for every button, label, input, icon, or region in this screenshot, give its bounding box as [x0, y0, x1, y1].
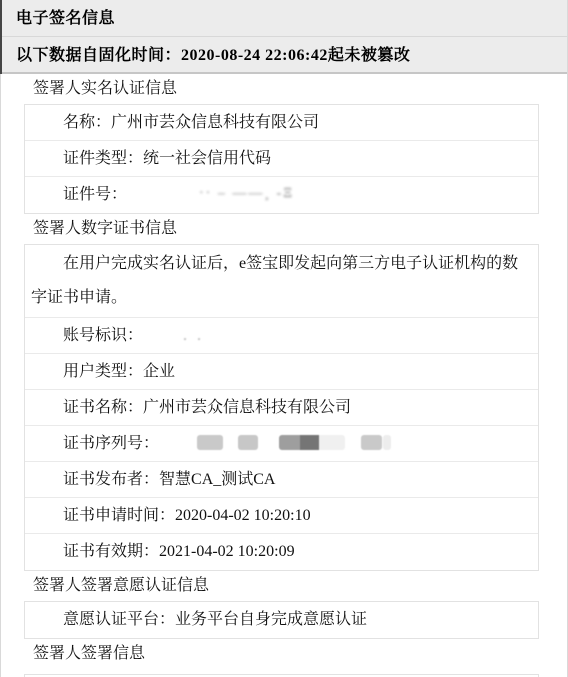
field-label: 证书申请时间： — [63, 507, 175, 524]
field-row-user-type: 用户类型：企业 — [25, 354, 538, 390]
field-row-cert-expiry: 证书有效期：2021-04-02 10:20:09 — [25, 534, 538, 570]
field-label: 意愿认证平台： — [63, 611, 175, 628]
cert-description: 在用户完成实名认证后，e签宝即发起向第三方电子认证机构的数字证书申请。 — [25, 245, 538, 318]
field-value: 广州市芸众信息科技有限公司 — [111, 114, 319, 131]
field-label: 名称： — [63, 114, 111, 131]
section-title-digital-cert: 签署人数字证书信息 — [1, 214, 567, 244]
field-label: 证书发布者： — [63, 471, 159, 488]
redacted-cert-serial — [165, 431, 391, 453]
section-title-will-auth: 签署人签署意愿认证信息 — [1, 571, 567, 601]
field-row-id-type: 证件类型：统一社会信用代码 — [25, 141, 538, 177]
field-value: 2021-04-02 10:20:09 — [159, 543, 295, 560]
field-label: 账号标识： — [63, 327, 143, 344]
field-row-cert-name: 证书名称：广州市芸众信息科技有限公司 — [25, 390, 538, 426]
field-value: 业务平台自身完成意愿认证 — [175, 611, 367, 628]
field-value: 广州市芸众信息科技有限公司 — [143, 399, 351, 416]
field-row-cert-issuer: 证书发布者：智慧CA_测试CA — [25, 462, 538, 498]
document-header: 电子签名信息 以下数据自固化时间：2020-08-24 22:06:42起未被篡… — [0, 0, 567, 74]
field-label: 证件号： — [63, 186, 127, 203]
field-label: 证书名称： — [63, 399, 143, 416]
field-value: 2020-04-02 10:20:10 — [175, 507, 311, 524]
field-row-id-number: 证件号：·· – ——¸ -Ξ — [25, 177, 538, 213]
esign-info-document: 电子签名信息 以下数据自固化时间：2020-08-24 22:06:42起未被篡… — [0, 0, 568, 677]
field-label: 用户类型： — [63, 363, 143, 380]
field-row-name: 名称：广州市芸众信息科技有限公司 — [25, 105, 538, 141]
field-value: 智慧CA_测试CA — [159, 471, 275, 488]
realname-auth-box: 名称：广州市芸众信息科技有限公司 证件类型：统一社会信用代码 证件号：·· – … — [24, 104, 539, 214]
section-title-signing-info: 签署人签署信息 — [1, 639, 567, 669]
field-value: 企业 — [143, 363, 175, 380]
data-fixation-notice: 以下数据自固化时间：2020-08-24 22:06:42起未被篡改 — [2, 37, 567, 74]
field-row-cert-serial: 证书序列号： — [25, 426, 538, 462]
field-row-will-platform: 意愿认证平台：业务平台自身完成意愿认证 — [25, 602, 538, 638]
field-label: 证书有效期： — [63, 543, 159, 560]
field-row-account-id: 账号标识：. . — [25, 318, 538, 354]
redacted-account-id: . . — [151, 325, 204, 347]
redacted-id-number: ·· – ——¸ -Ξ — [167, 183, 294, 205]
page-title: 电子签名信息 — [2, 0, 567, 37]
field-label: 证书序列号： — [63, 435, 159, 452]
section-title-realname-auth: 签署人实名认证信息 — [1, 74, 567, 104]
digital-cert-box: 在用户完成实名认证后，e签宝即发起向第三方电子认证机构的数字证书申请。 账号标识… — [24, 244, 539, 571]
field-value: 统一社会信用代码 — [143, 150, 271, 167]
document-body: 签署人实名认证信息 名称：广州市芸众信息科技有限公司 证件类型：统一社会信用代码… — [0, 74, 567, 677]
field-row-cert-apply-time: 证书申请时间：2020-04-02 10:20:10 — [25, 498, 538, 534]
will-auth-box: 意愿认证平台：业务平台自身完成意愿认证 — [24, 601, 539, 639]
field-label: 证件类型： — [63, 150, 143, 167]
